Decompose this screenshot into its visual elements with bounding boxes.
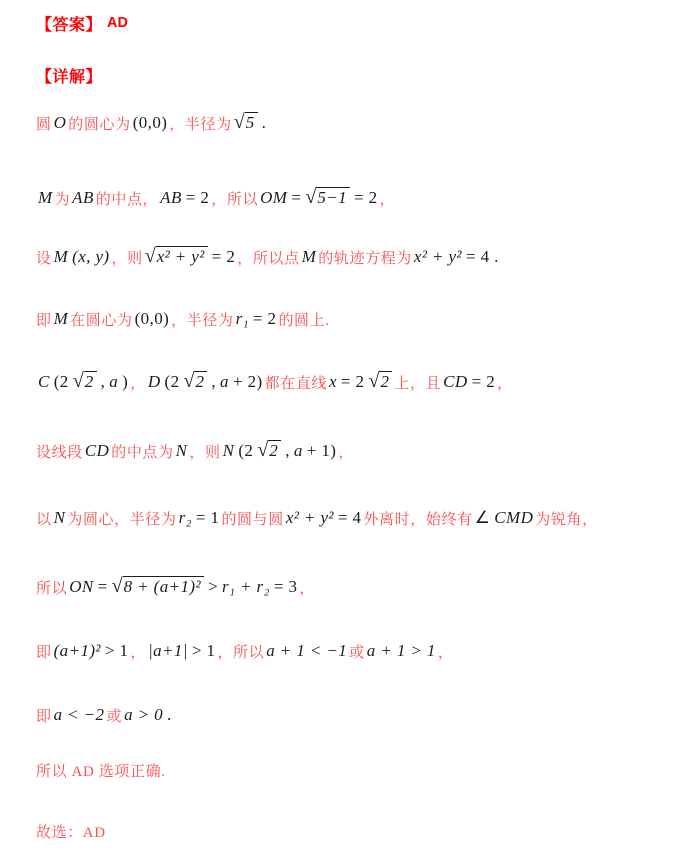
solution-step-abs-inequality: 即(a+1)²> 1，|a+1|> 1，所以a + 1 < −1或a + 1 >… (36, 634, 453, 668)
chinese-text: 为圆心，半径为 (67, 508, 176, 529)
chinese-text: 外离时，始终有 (363, 508, 472, 529)
radical-icon: √ (368, 371, 379, 392)
math-number-text: = 2 (472, 372, 496, 392)
math-variable-text: CMD (494, 508, 533, 528)
math-variable-text: N (54, 508, 66, 528)
answer-value: AD (107, 15, 128, 31)
radical-icon: √ (305, 187, 316, 208)
math-number-text: (0,0) (133, 113, 168, 133)
math-number-text: . (167, 705, 172, 725)
math-number-text: ) (122, 372, 128, 392)
math-number-text: = 2 (212, 247, 236, 267)
chinese-text: 或 (349, 641, 365, 662)
math-number-text: + 1) (307, 441, 337, 461)
math-variable-text: r₁ + r₂ (222, 577, 270, 597)
sqrt-expression: √2 (368, 371, 392, 392)
final-answer-line: 故选：AD (36, 814, 106, 848)
radicand-text: 2 (268, 440, 281, 461)
chinese-text: 都在直线 (265, 372, 327, 393)
chinese-text: 的中点为 (111, 441, 173, 462)
solution-step-on-inequality: 所以ON=√8 + (a+1)²>r₁ + r₂= 3， (36, 570, 315, 604)
math-variable-text: ON (69, 577, 93, 597)
math-variable-text: CD (85, 441, 109, 461)
chinese-text: ，所以 (211, 188, 258, 209)
sqrt-expression: √2 (184, 371, 208, 392)
chinese-text: ，则 (112, 247, 143, 268)
chinese-text: 半径为 (185, 113, 232, 134)
chinese-text: ， (299, 577, 315, 598)
math-variable-text: a < −2 (54, 705, 105, 725)
radicand-text: x² + y² (156, 246, 208, 267)
math-variable-text: a + 1 > 1 (367, 641, 436, 661)
math-variable-text: r₁ (236, 309, 249, 329)
sqrt-expression: √5−1 (305, 187, 350, 208)
chinese-text: 的轨迹方程为 (318, 247, 412, 268)
math-number-text: = (291, 188, 301, 208)
radicand-text: 8 + (a+1)² (123, 576, 204, 597)
math-number-text: (0,0) (135, 309, 170, 329)
chinese-text: ，所以点 (237, 247, 299, 268)
math-variable-text: a > 0 (124, 705, 163, 725)
math-number-text: (2 (54, 372, 69, 392)
chinese-text: ， (438, 641, 454, 662)
radical-icon: √ (257, 440, 268, 461)
math-number-text: = 2 (253, 309, 277, 329)
math-number-text: + 2) (233, 372, 263, 392)
radicand-text: 2 (194, 371, 207, 392)
chinese-text: ， (497, 372, 513, 393)
chinese-text: 为 (55, 188, 71, 209)
chinese-text: ，则 (189, 441, 220, 462)
math-variable-text: AB (160, 188, 182, 208)
chinese-text: 故选：AD (36, 821, 106, 842)
sqrt-expression: √5 (234, 112, 258, 133)
radicand-text: 2 (379, 371, 392, 392)
chinese-text: 为锐角， (535, 508, 597, 529)
chinese-text: 即 (36, 705, 52, 726)
solution-step-a-range: 即a < −2或a > 0. (36, 698, 174, 732)
sqrt-expression: √8 + (a+1)² (112, 576, 204, 597)
chinese-text: 以 (36, 508, 52, 529)
math-variable-text: M (302, 247, 317, 267)
math-number-text: = 2 (186, 188, 210, 208)
math-number-text: > 1 (105, 641, 129, 661)
math-number-text: = 4 . (466, 247, 499, 267)
chinese-text: 即 (36, 641, 52, 662)
math-variable-text: a (220, 372, 229, 392)
math-number-text: = 2 (354, 188, 378, 208)
math-number-text: . (262, 113, 267, 133)
chinese-text: 的圆上. (278, 309, 329, 330)
detail-label-line: 【详解】 (36, 58, 102, 92)
math-number-text: = 1 (196, 508, 220, 528)
math-number-text: > (208, 577, 218, 597)
math-variable-text: CD (443, 372, 467, 392)
math-variable-text: x² + y² (414, 247, 462, 267)
math-number-text: = 4 (338, 508, 362, 528)
math-number-text: , (101, 372, 106, 392)
solution-step-circle-o: 圆O的圆心为(0,0)，半径为√5. (36, 106, 268, 140)
chinese-text: 设 (36, 247, 52, 268)
radical-icon: √ (73, 371, 84, 392)
math-variable-text: N (176, 441, 188, 461)
math-variable-text: M (38, 188, 53, 208)
chinese-text: ，所以 (217, 641, 264, 662)
math-number-text: = (98, 577, 108, 597)
answer-line: 【答案】AD (36, 6, 128, 40)
conclusion-line: 所以 AD 选项正确. (36, 753, 166, 787)
radicand-text: 5−1 (316, 187, 350, 208)
solution-step-circle-n: 以N为圆心，半径为r₂= 1的圆与圆x² + y²= 4外离时，始终有∠CMD为… (36, 501, 598, 535)
chinese-text: 在圆心为 (70, 309, 132, 330)
solution-step-points-cd: C(2√2,a)，D(2√2,a+ 2)都在直线x= 2√2上，且CD= 2， (36, 365, 513, 399)
math-variable-text: r₂ (179, 508, 192, 528)
chinese-text: 所以 AD 选项正确. (36, 760, 166, 781)
chinese-text: ， (380, 188, 396, 209)
document-page: 【答案】AD【详解】圆O的圆心为(0,0)，半径为√5.M为AB的中点，AB= … (0, 0, 694, 852)
math-number-text: = 3 (274, 577, 298, 597)
math-variable-text: OM (260, 188, 287, 208)
math-variable-text: x² + y² (286, 508, 334, 528)
math-number-text: (2 (238, 441, 253, 461)
math-variable-text: |a+1| (148, 641, 188, 661)
radical-icon: √ (184, 371, 195, 392)
math-variable-text: D (148, 372, 161, 392)
chinese-text: ， (338, 441, 354, 462)
section-label: 【详解】 (36, 64, 102, 87)
solution-step-locus: 设M(x, y)，则√x² + y²= 2，所以点M的轨迹方程为x² + y²=… (36, 240, 501, 274)
math-variable-text: a + 1 < −1 (266, 641, 347, 661)
math-variable-text: AB (72, 188, 94, 208)
radicand-text: 5 (245, 112, 258, 133)
sqrt-expression: √2 (257, 440, 281, 461)
solution-step-midpoint-m: M为AB的中点，AB= 2，所以OM=√5−1= 2， (36, 181, 395, 215)
radical-icon: √ (145, 246, 156, 267)
solution-step-circle-r1: 即M在圆心为(0,0)，半径为r₁= 2的圆上. (36, 302, 330, 336)
math-variable-text: x (329, 372, 337, 392)
chinese-text: 的圆与圆 (221, 508, 283, 529)
chinese-text: 设线段 (36, 441, 83, 462)
math-variable-text: M (54, 309, 69, 329)
chinese-text: 或 (106, 705, 122, 726)
solution-step-midpoint-n: 设线段CD的中点为N，则N(2√2,a+ 1)， (36, 434, 354, 468)
chinese-text: 即 (36, 309, 52, 330)
chinese-text: ， (130, 372, 146, 393)
math-number-text: = 2 (341, 372, 365, 392)
radical-icon: √ (112, 576, 123, 597)
chinese-text: 的圆心为 (68, 113, 130, 134)
math-number-text: > 1 (192, 641, 216, 661)
chinese-text: 圆 (36, 113, 52, 134)
chinese-text: ， (130, 641, 146, 662)
math-number-text: , (211, 372, 216, 392)
math-number-text: , (285, 441, 290, 461)
radical-icon: √ (234, 112, 245, 133)
math-variable-text: a (109, 372, 118, 392)
chinese-text: ， (169, 113, 185, 134)
math-variable-text: O (54, 113, 67, 133)
section-label: 【答案】 (36, 12, 102, 35)
math-variable-text: M (54, 247, 69, 267)
chinese-text: 的中点， (96, 188, 158, 209)
math-variable-text: N (223, 441, 235, 461)
sqrt-expression: √x² + y² (145, 246, 208, 267)
chinese-text: 所以 (36, 577, 67, 598)
math-number-text: (2 (165, 372, 180, 392)
math-variable-text: C (38, 372, 50, 392)
math-variable-text: (x, y) (72, 247, 109, 267)
sqrt-expression: √2 (73, 371, 97, 392)
chinese-text: 上，且 (394, 372, 441, 393)
radicand-text: 2 (84, 371, 97, 392)
math-variable-text: (a+1)² (54, 641, 101, 661)
chinese-text: ，半径为 (171, 309, 233, 330)
math-number-text: ∠ (475, 508, 491, 528)
math-variable-text: a (294, 441, 303, 461)
